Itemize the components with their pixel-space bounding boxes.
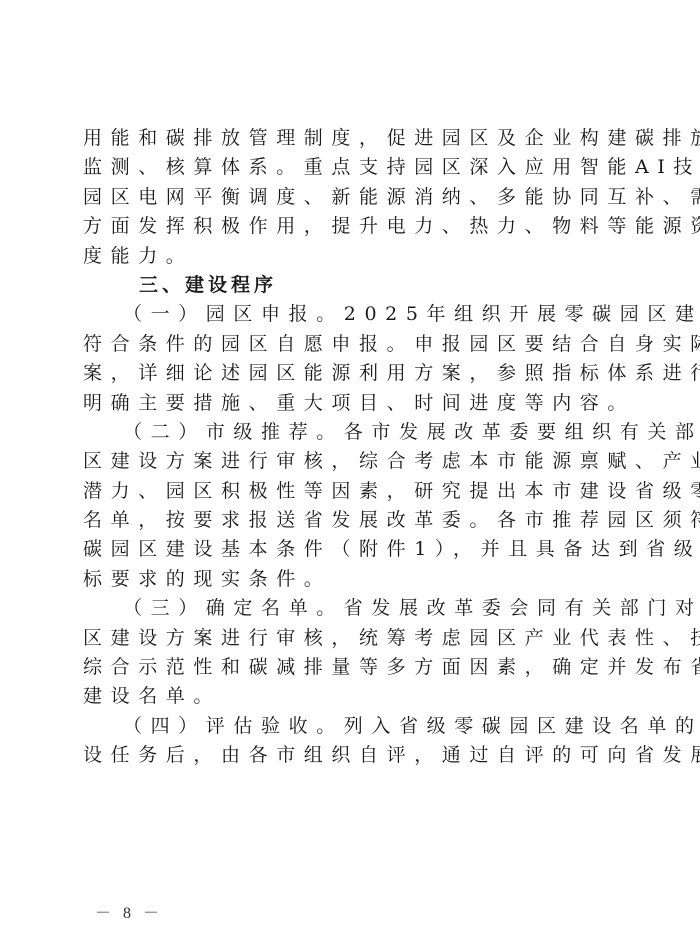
text-line: 明确主要措施、重大项目、时间进度等内容。 <box>83 389 623 418</box>
text-line: 符合条件的园区自愿申报。申报园区要结合自身实际编制建设方 <box>83 330 623 359</box>
document-page: 用能和碳排放管理制度，促进园区及企业构建碳排放数据计量、 监测、核算体系。重点支… <box>83 124 623 771</box>
text-line: （三）确定名单。省发展改革委会同有关部门对各市推荐园 <box>83 594 623 623</box>
text-line: 案，详细论述园区能源利用方案，参照指标体系进行细致测算， <box>83 359 623 388</box>
text-line: 建设名单。 <box>83 682 623 711</box>
text-line: 名单，按要求报送省发展改革委。各市推荐园区须符合山东省零 <box>83 506 623 535</box>
text-line: 潜力、园区积极性等因素，研究提出本市建设省级零碳园区推荐 <box>83 477 623 506</box>
text-line: 设任务后，由各市组织自评，通过自评的可向省发展改革委提出 <box>83 741 623 770</box>
page-number: － 8 － <box>95 900 163 923</box>
text-line: 标要求的现实条件。 <box>83 565 623 594</box>
text-line: （二）市级推荐。各市发展改革委要组织有关部门专家对园 <box>83 418 623 447</box>
text-line: 区建设方案进行审核，统筹考虑园区产业代表性、技术先进性、 <box>83 624 623 653</box>
text-line: （一）园区申报。2025年组织开展零碳园区建设申报工作， <box>83 300 623 329</box>
text-line: 方面发挥积极作用，提升电力、热力、物料等能源资源的灵活调 <box>83 212 623 241</box>
text-line: （四）评估验收。列入省级零碳园区建设名单的园区完成建 <box>83 712 623 741</box>
paragraph-confirm-list: （三）确定名单。省发展改革委会同有关部门对各市推荐园 区建设方案进行审核，统筹考… <box>83 594 623 712</box>
text-line: 碳园区建设基本条件（附件1），并且具备达到省级零碳园区指 <box>83 535 623 564</box>
text-line: 用能和碳排放管理制度，促进园区及企业构建碳排放数据计量、 <box>83 124 623 153</box>
text-line: 区建设方案进行审核，综合考虑本市能源禀赋、产业基础、减碳 <box>83 447 623 476</box>
text-line: 监测、核算体系。重点支持园区深入应用智能AI技术，在优化 <box>83 153 623 182</box>
text-line: 综合示范性和碳减排量等多方面因素，确定并发布省级零碳园区 <box>83 653 623 682</box>
text-line: 园区电网平衡调度、新能源消纳、多能协同互补、需求侧管理等 <box>83 183 623 212</box>
section-heading: 三、建设程序 <box>83 271 623 300</box>
paragraph-city-recommendation: （二）市级推荐。各市发展改革委要组织有关部门专家对园 区建设方案进行审核，综合考… <box>83 418 623 594</box>
paragraph-application: （一）园区申报。2025年组织开展零碳园区建设申报工作， 符合条件的园区自愿申报… <box>83 300 623 418</box>
text-line: 度能力。 <box>83 242 623 271</box>
paragraph-evaluation: （四）评估验收。列入省级零碳园区建设名单的园区完成建 设任务后，由各市组织自评，… <box>83 712 623 771</box>
